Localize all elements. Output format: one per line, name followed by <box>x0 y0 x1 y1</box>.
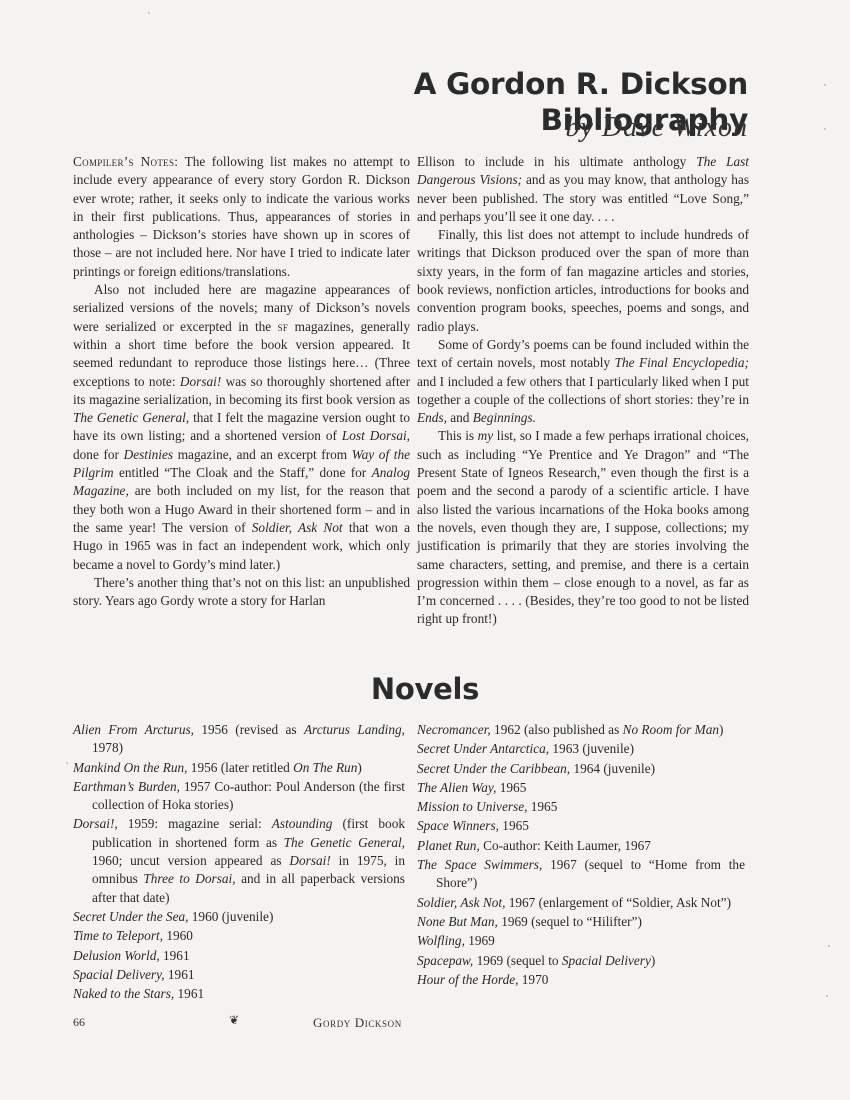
unpublished-story-paragraph: There’s another thing that’s not on this… <box>73 574 410 611</box>
list-item: The Alien Way, 1965 <box>417 779 745 797</box>
list-item: Secret Under the Sea, 1960 (juvenile) <box>73 908 405 926</box>
list-item: Earthman’s Burden, 1957 Co-author: Poul … <box>73 778 405 815</box>
novels-list-right: Necromancer, 1962 (also published as No … <box>417 721 745 990</box>
love-song-paragraph: Ellison to include in his ultimate antho… <box>417 153 749 226</box>
scan-speck <box>828 945 830 947</box>
list-item: Delusion World, 1961 <box>73 947 405 965</box>
list-item: Planet Run, Co-author: Keith Laumer, 196… <box>417 837 745 855</box>
scan-speck <box>824 84 826 86</box>
poems-paragraph: Some of Gordy’s poems can be found inclu… <box>417 336 749 427</box>
my-list-paragraph: This is my list, so I made a few perhaps… <box>417 427 749 628</box>
list-item: Spacial Delivery, 1961 <box>73 966 405 984</box>
author-byline: by Dave Wixon <box>400 110 748 146</box>
page-footer: 66 ❦ Gordy Dickson <box>73 1015 473 1031</box>
serialized-versions-paragraph: Also not included here are magazine appe… <box>73 281 410 574</box>
page-number: 66 <box>73 1015 85 1030</box>
list-item: Soldier, Ask Not, 1967 (enlargement of “… <box>417 894 745 912</box>
list-item: Secret Under Antarctica, 1963 (juvenile) <box>417 740 745 758</box>
scan-speck <box>66 762 68 764</box>
list-item: None But Man, 1969 (sequel to “Hilifter”… <box>417 913 745 931</box>
list-item: The Space Swimmers, 1967 (sequel to “Hom… <box>417 856 745 893</box>
list-item: Hour of the Horde, 1970 <box>417 971 745 989</box>
fleuron-ornament-icon: ❦ <box>229 1013 239 1028</box>
compilers-notes-paragraph: Compiler’s Notes: The following list mak… <box>73 153 410 281</box>
list-item: Spacepaw, 1969 (sequel to Spacial Delive… <box>417 952 745 970</box>
list-item: Alien From Arcturus, 1956 (revised as Ar… <box>73 721 405 758</box>
list-item: Secret Under the Caribbean, 1964 (juveni… <box>417 760 745 778</box>
scan-speck <box>148 12 150 14</box>
list-item: Necromancer, 1962 (also published as No … <box>417 721 745 739</box>
list-item: Mankind On the Run, 1956 (later retitled… <box>73 759 405 777</box>
list-item: Wolfling, 1969 <box>417 932 745 950</box>
other-writings-paragraph: Finally, this list does not attempt to i… <box>417 226 749 336</box>
novels-list-left: Alien From Arcturus, 1956 (revised as Ar… <box>73 721 405 1004</box>
novels-heading: Novels <box>300 672 550 706</box>
list-item: Space Winners, 1965 <box>417 817 745 835</box>
list-item: Time to Teleport, 1960 <box>73 927 405 945</box>
intro-column-right: Ellison to include in his ultimate antho… <box>417 153 749 629</box>
list-item: Dorsai!, 1959: magazine serial: Astoundi… <box>73 815 405 906</box>
list-item: Naked to the Stars, 1961 <box>73 985 405 1003</box>
intro-column-left: Compiler’s Notes: The following list mak… <box>73 153 410 610</box>
compilers-notes-label: Compiler’s Notes: <box>73 154 178 169</box>
scan-speck <box>826 995 828 997</box>
list-item: Mission to Universe, 1965 <box>417 798 745 816</box>
running-head: Gordy Dickson <box>313 1015 402 1031</box>
scan-speck <box>824 128 826 130</box>
